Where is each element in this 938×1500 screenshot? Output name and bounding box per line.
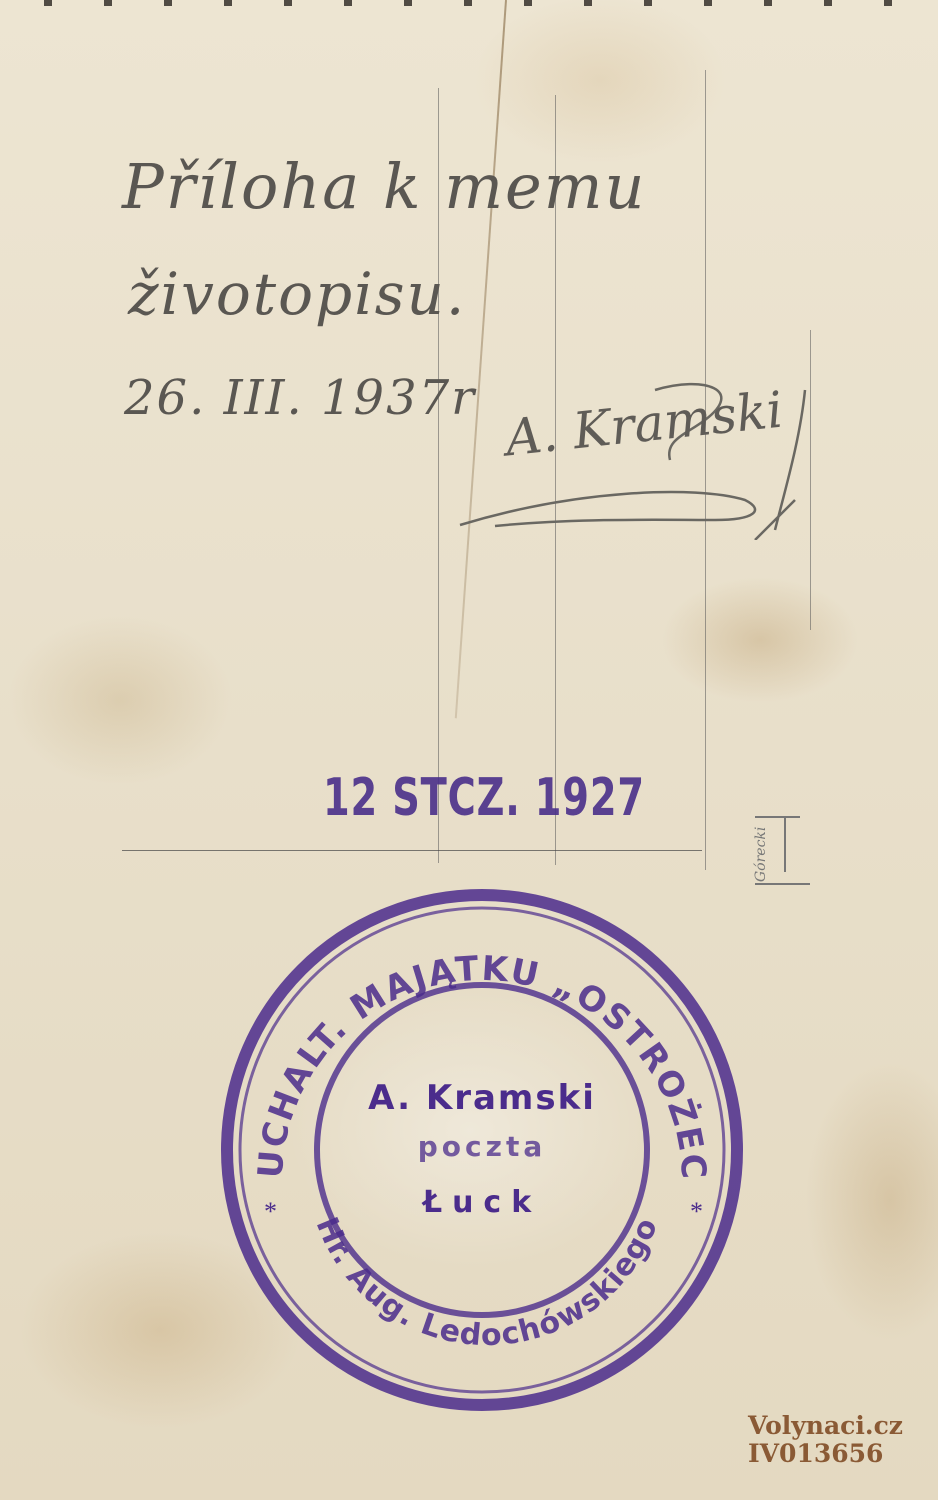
watermark-id: IV013656 [748, 1440, 903, 1468]
seal-post: poczta [212, 1130, 752, 1163]
svg-text:Hr. Aug. Ledochówskiego: Hr. Aug. Ledochówskiego [309, 1212, 666, 1353]
date-stamp: 12 STCZ. 1927 [323, 768, 645, 828]
handwriting-date: 26. III. 1937r [124, 370, 476, 426]
ruled-line [122, 850, 702, 851]
seal-city: Łuck [212, 1185, 752, 1220]
watermark: Volynaci.cz IV013656 [748, 1412, 903, 1468]
paper-crease [455, 0, 507, 718]
handwriting-line-1: Příloha k memu [122, 150, 646, 223]
perforated-edge [0, 0, 938, 6]
watermark-site: Volynaci.cz [748, 1412, 903, 1440]
svg-text:Górecki: Górecki [753, 827, 769, 882]
document-scan: Příloha k memu životopisu. 26. III. 1937… [0, 0, 938, 1500]
seal-name: A. Kramski [212, 1078, 752, 1118]
handwriting-line-2: životopisu. [128, 260, 466, 328]
